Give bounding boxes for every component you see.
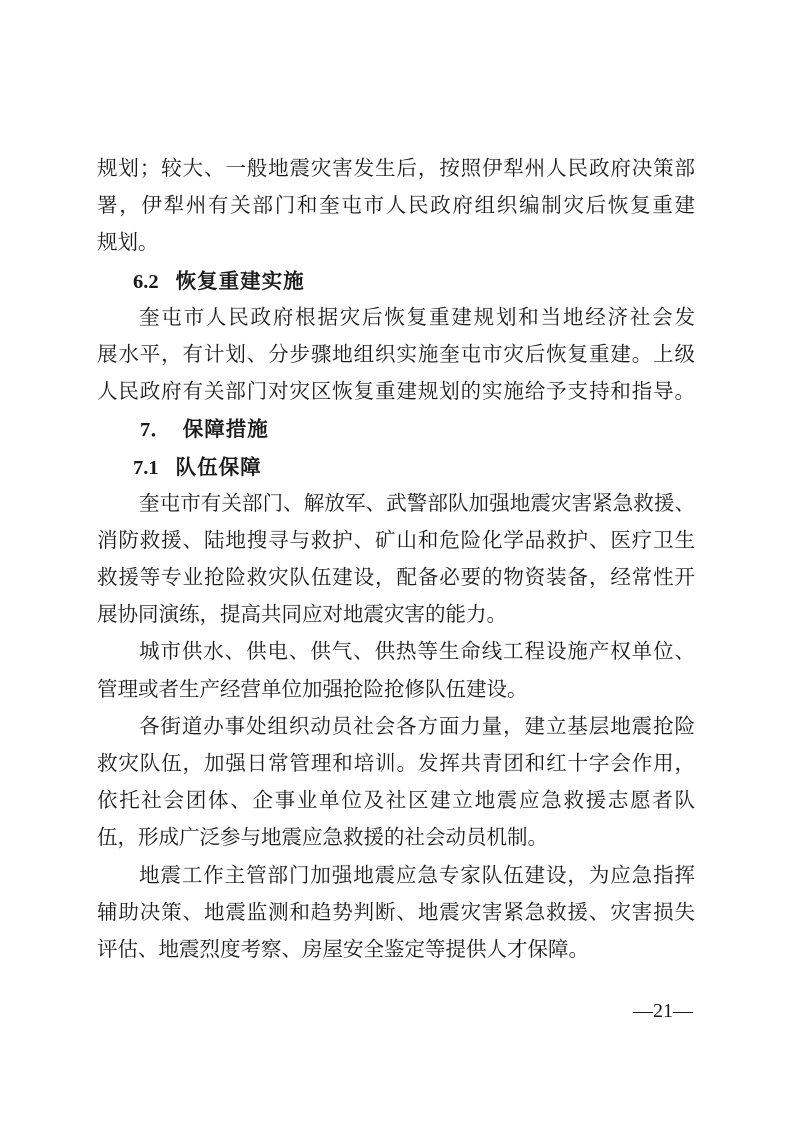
document-page: 规划；较大、一般地震灾害发生后，按照伊犁州人民政府决策部 署，伊犁州有关部门和奎…: [0, 0, 793, 1122]
text-line: 地震工作主管部门加强地震应急专家队伍建设，为应急指挥: [97, 858, 695, 895]
text-line: 人民政府有关部门对灾区恢复重建规划的实施给予支持和指导。: [97, 374, 695, 411]
heading-title: 恢复重建实施: [176, 270, 305, 293]
text-line: 依托社会团体、企事业单位及社区建立地震应急救援志愿者队: [97, 783, 695, 820]
text-line: 规划；较大、一般地震灾害发生后，按照伊犁州人民政府决策部: [97, 151, 695, 188]
document-body: 规划；较大、一般地震灾害发生后，按照伊犁州人民政府决策部 署，伊犁州有关部门和奎…: [97, 151, 695, 969]
heading-6-2: 6.2恢复重建实施: [133, 263, 695, 300]
text-line: 评估、地震烈度考察、房屋安全鉴定等提供人才保障。: [97, 932, 695, 969]
heading-title: 保障措施: [183, 418, 269, 441]
text-line: 消防救援、陆地搜寻与救护、矿山和危险化学品救护、医疗卫生: [97, 523, 695, 560]
heading-7-1: 7.1队伍保障: [133, 449, 695, 486]
text-line: 展水平，有计划、分步骤地组织实施奎屯市灾后恢复重建。上级: [97, 337, 695, 374]
heading-number: 6.2: [133, 271, 159, 293]
text-line: 管理或者生产经营单位加强抢险抢修队伍建设。: [97, 672, 695, 709]
text-line: 展协同演练，提高共同应对地震灾害的能力。: [97, 597, 695, 634]
text-line: 规划。: [97, 225, 695, 262]
heading-title: 队伍保障: [176, 456, 262, 479]
heading-number: 7．: [140, 419, 171, 441]
text-line: 奎屯市有关部门、解放军、武警部队加强地震灾害紧急救援、: [97, 486, 695, 523]
text-line: 救援等专业抢险救灾队伍建设，配备必要的物资装备，经常性开: [97, 560, 695, 597]
text-line: 城市供水、供电、供气、供热等生命线工程设施产权单位、: [97, 634, 695, 671]
text-line: 救灾队伍，加强日常管理和培训。发挥共青团和红十字会作用，: [97, 746, 695, 783]
text-line: 奎屯市人民政府根据灾后恢复重建规划和当地经济社会发: [97, 300, 695, 337]
text-line: 辅助决策、地震监测和趋势判断、地震灾害紧急救援、灾害损失: [97, 895, 695, 932]
text-line: 各街道办事处组织动员社会各方面力量，建立基层地震抢险: [97, 709, 695, 746]
heading-7: 7．保障措施: [140, 411, 695, 448]
text-line: 署，伊犁州有关部门和奎屯市人民政府组织编制灾后恢复重建: [97, 188, 695, 225]
heading-number: 7.1: [133, 457, 159, 479]
text-line: 伍，形成广泛参与地震应急救援的社会动员机制。: [97, 820, 695, 857]
page-number: —21—: [633, 1000, 693, 1022]
